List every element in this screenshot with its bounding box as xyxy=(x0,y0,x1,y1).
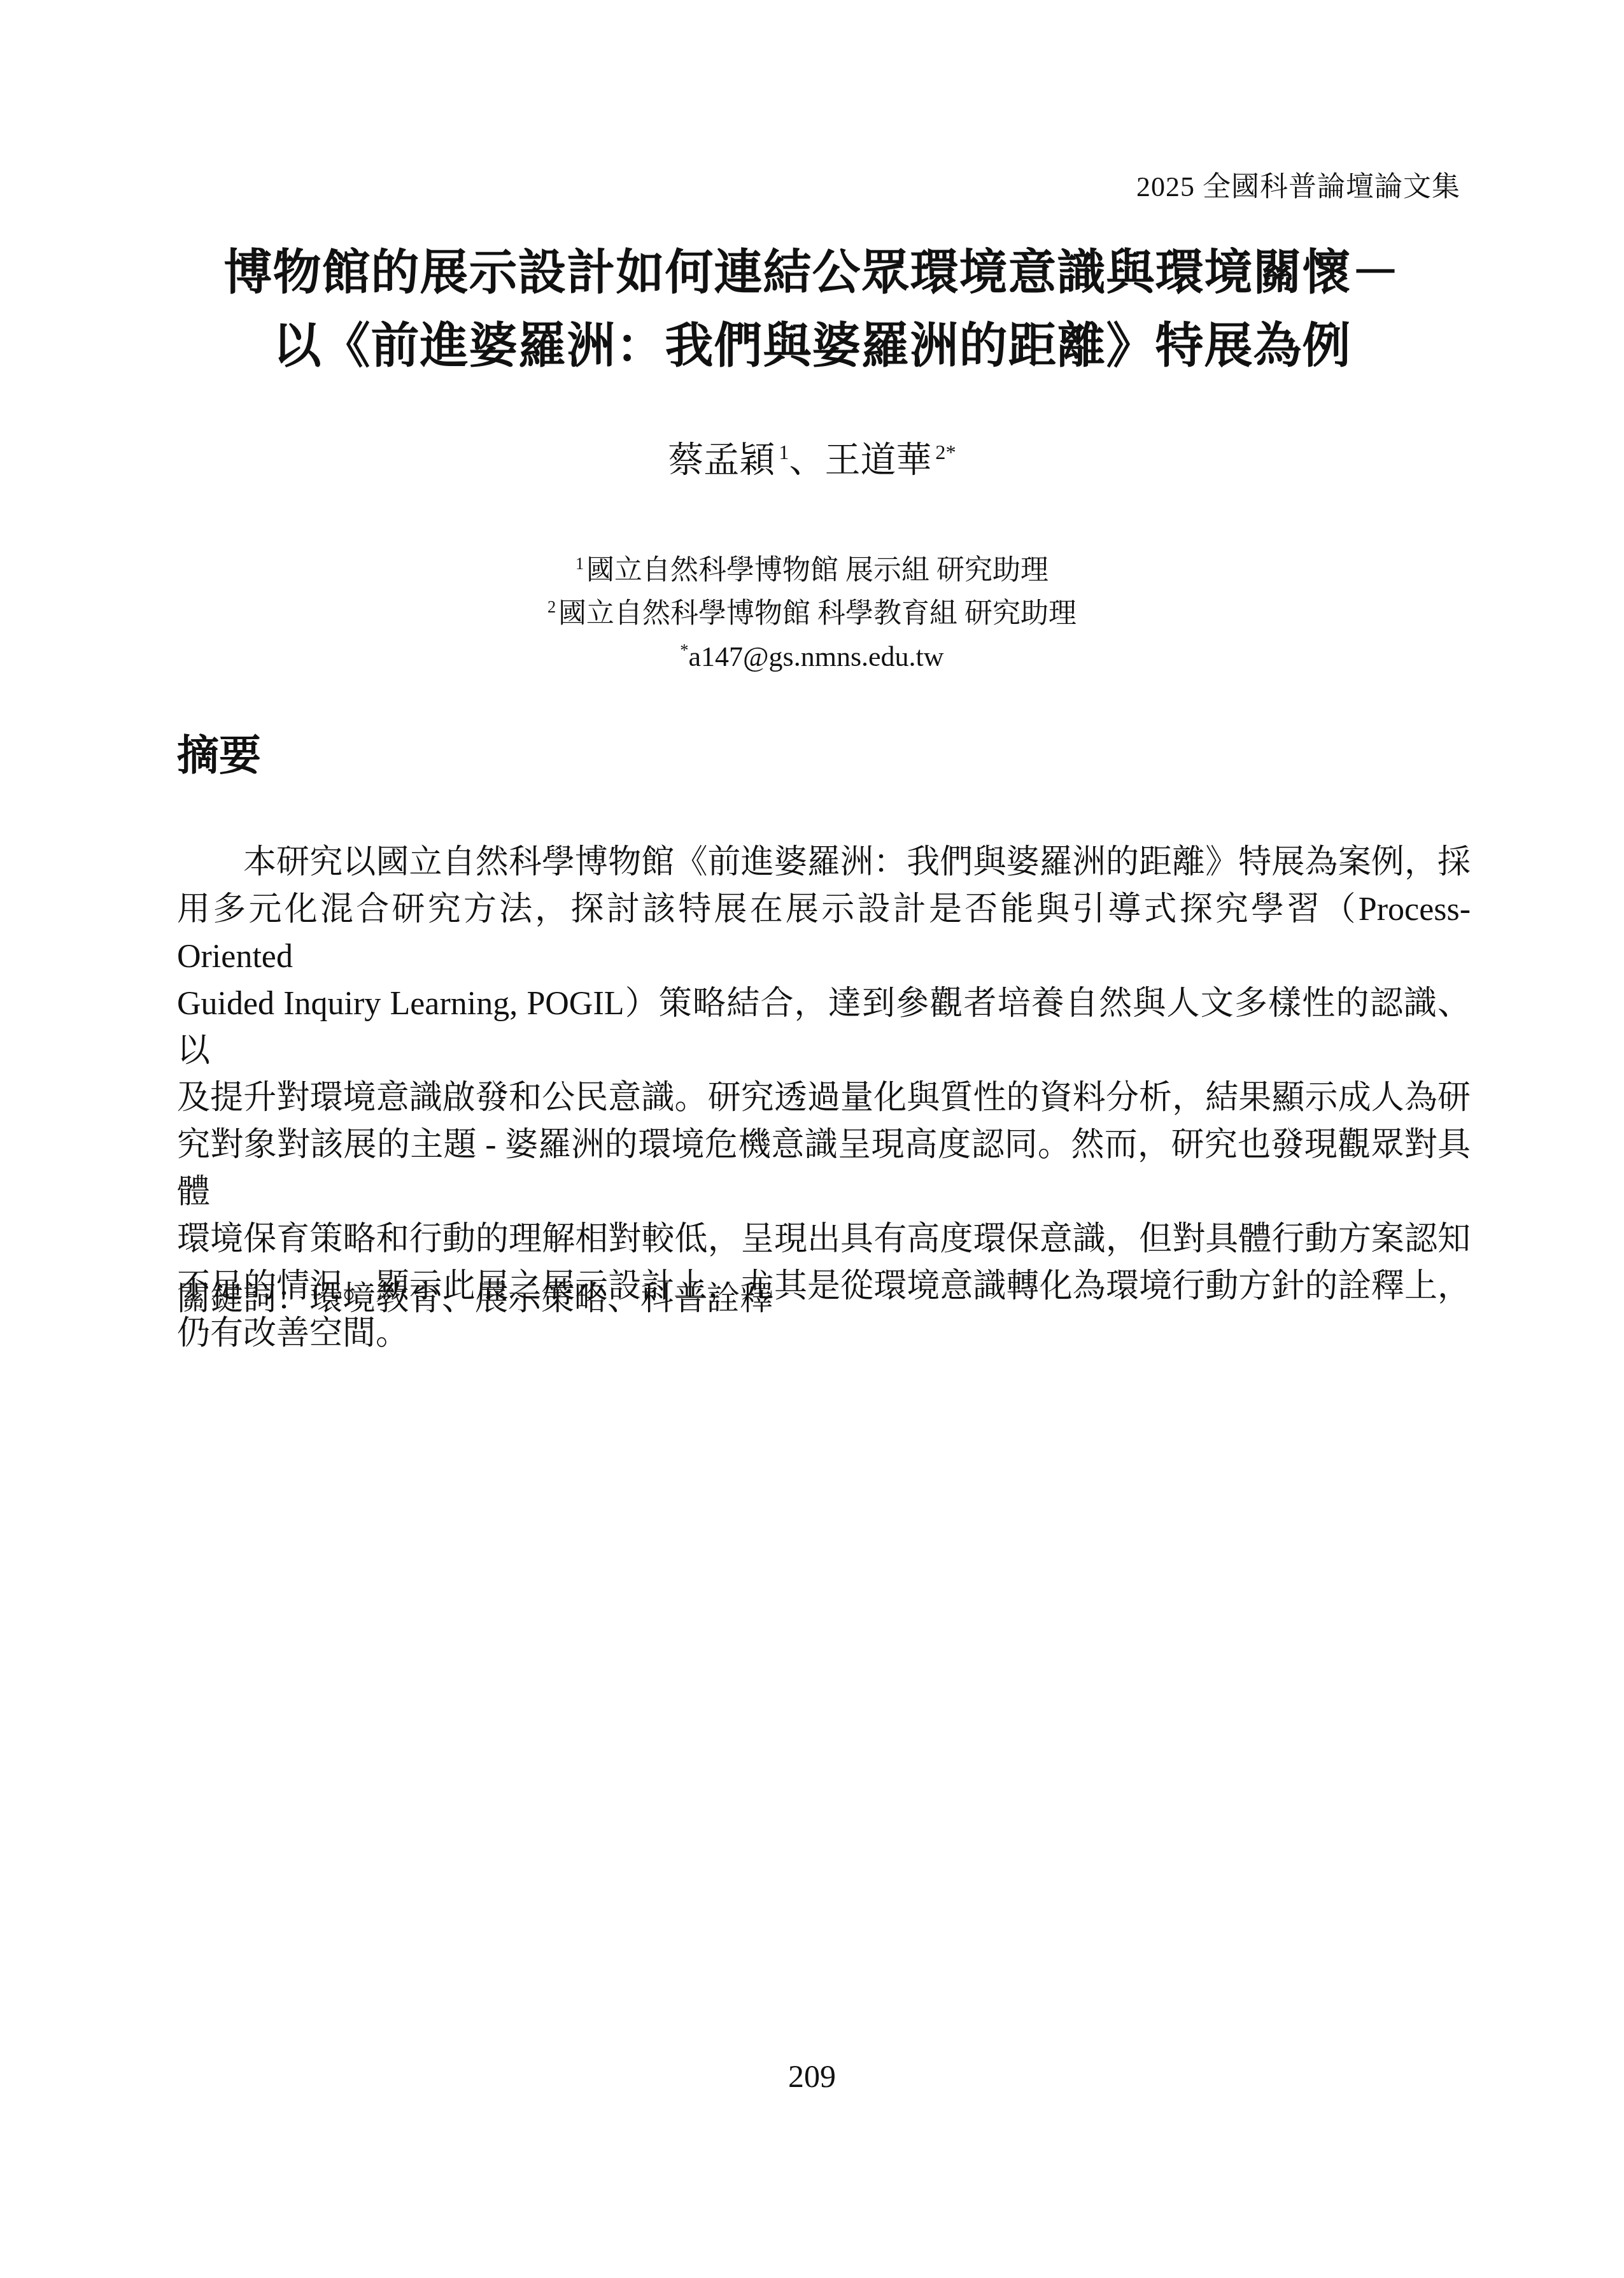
paper-title: 博物館的展示設計如何連結公眾環境意識與環境關懷－ 以《前進婆羅洲：我們與婆羅洲的… xyxy=(0,237,1624,383)
email-address: a147@gs.nmns.edu.tw xyxy=(689,641,944,672)
author-separator: 、 xyxy=(789,441,824,480)
document-page: 2025 全國科普論壇論文集 博物館的展示設計如何連結公眾環境意識與環境關懷－ … xyxy=(0,0,1624,2278)
author-superscript-2: 2* xyxy=(935,441,956,464)
authors-line: 蔡孟穎1、王道華2* xyxy=(0,435,1624,486)
abstract-line: 究對象對該展的主題 - 婆羅洲的環境危機意識呈現高度認同。然而，研究也發現觀眾對… xyxy=(177,1122,1471,1216)
author-name-1: 蔡孟穎 xyxy=(668,441,775,480)
abstract-line: 本研究以國立自然科學博物館《前進婆羅洲：我們與婆羅洲的距離》特展為案例，採 xyxy=(177,839,1471,886)
author-name-2: 王道華 xyxy=(824,441,931,480)
affiliation-superscript-1: 1 xyxy=(575,554,584,573)
author-superscript-1: 1 xyxy=(779,441,789,464)
abstract-line: 及提升對環境意識啟發和公民意識。研究透過量化與質性的資料分析，結果顯示成人為研 xyxy=(177,1075,1471,1122)
affiliation-text-2: 國立自然科學博物館 科學教育組 研究助理 xyxy=(558,598,1077,629)
journal-header: 2025 全國科普論壇論文集 xyxy=(1136,172,1460,202)
email-line: *a147@gs.nmns.edu.tw xyxy=(0,635,1624,679)
page-number: 209 xyxy=(0,2059,1624,2094)
affiliation-superscript-2: 2 xyxy=(547,597,556,616)
abstract-line: Guided Inquiry Learning, POGIL）策略結合，達到參觀… xyxy=(177,980,1471,1075)
email-superscript: * xyxy=(680,640,688,660)
abstract-line: 用多元化混合研究方法，探討該特展在展示設計是否能與引導式探究學習（Process… xyxy=(177,886,1471,980)
affiliation-line-2: 2國立自然科學博物館 科學教育組 研究助理 xyxy=(0,592,1624,635)
abstract-heading: 摘要 xyxy=(177,732,261,781)
paper-title-line-2: 以《前進婆羅洲：我們與婆羅洲的距離》特展為例 xyxy=(0,310,1624,383)
abstract-line: 環境保育策略和行動的理解相對較低，呈現出具有高度環保意識，但對具體行動方案認知 xyxy=(177,1216,1471,1263)
affiliations-block: 1國立自然科學博物館 展示組 研究助理 2國立自然科學博物館 科學教育組 研究助… xyxy=(0,549,1624,679)
affiliation-text-1: 國立自然科學博物館 展示組 研究助理 xyxy=(586,555,1049,586)
affiliation-line-1: 1國立自然科學博物館 展示組 研究助理 xyxy=(0,549,1624,592)
keywords-line: 關鍵詞：環境教育、展示策略、科普詮釋 xyxy=(177,1276,773,1323)
paper-title-line-1: 博物館的展示設計如何連結公眾環境意識與環境關懷－ xyxy=(0,237,1624,310)
